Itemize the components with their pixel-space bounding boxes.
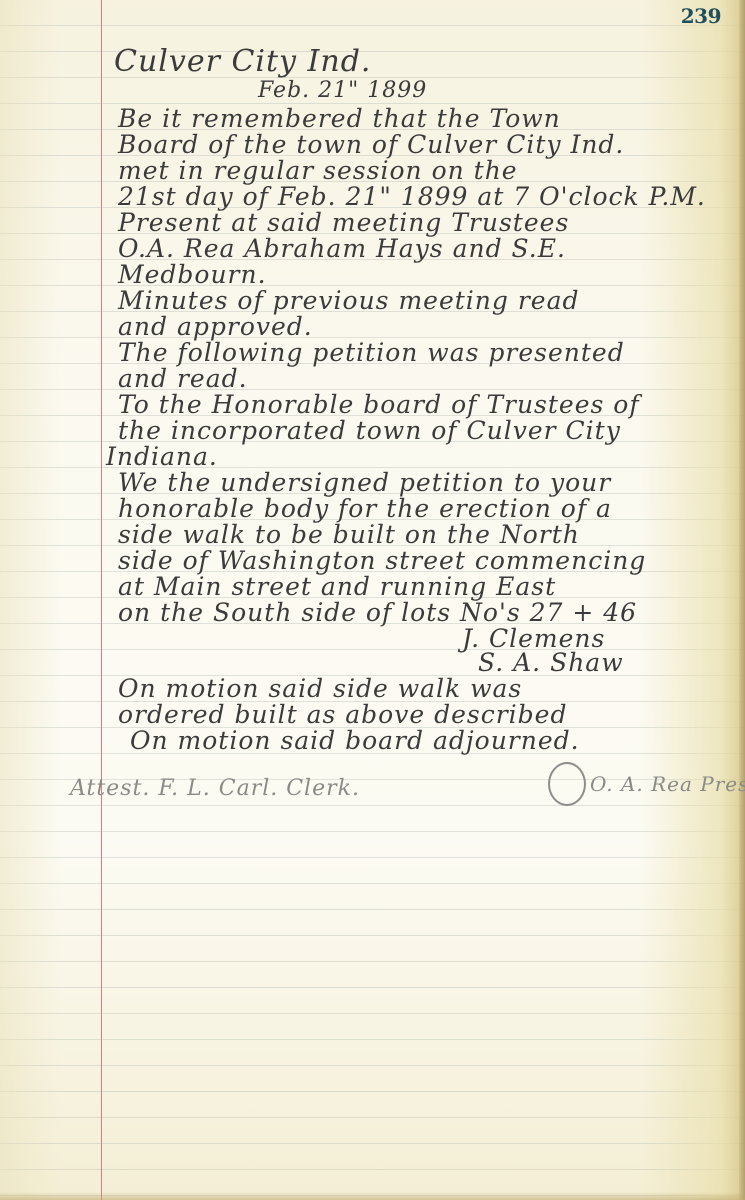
president-signature: O. A. Rea Pres. [590, 772, 745, 796]
attest-signature: Attest. F. L. Carl. Clerk. [70, 776, 360, 801]
entry-date: Feb. 21" 1899 [258, 78, 427, 103]
ledger-page: 239 Culver City Ind. Feb. 21" 1899 Be it… [0, 0, 745, 1200]
body-line: 21st day of Feb. 21" 1899 at 7 O'clock P… [118, 182, 706, 211]
closing-line: On motion said board adjourned. [130, 726, 580, 755]
page-edge-right [739, 0, 745, 1200]
body-line: side walk to be built on the North [118, 520, 580, 549]
body-line: side of Washington street commencing [118, 546, 646, 575]
body-line: at Main street and running East [118, 572, 556, 601]
body-line: To the Honorable board of Trustees of [118, 390, 640, 419]
body-line: Medbourn. [118, 260, 267, 289]
body-line: and read. [118, 364, 248, 393]
margin-rule [101, 0, 102, 1200]
closing-line: ordered built as above described [118, 700, 567, 729]
page-number: 239 [681, 4, 721, 28]
body-line: Be it remembered that the Town [118, 104, 561, 133]
petitioner-signature: S. A. Shaw [478, 648, 624, 677]
body-line: The following petition was presented [118, 338, 625, 367]
body-line: Present at said meeting Trustees [118, 208, 569, 237]
body-line: We the undersigned petition to your [118, 468, 611, 497]
body-line: O.A. Rea Abraham Hays and S.E. [118, 234, 566, 263]
body-line: and approved. [118, 312, 313, 341]
body-line: Board of the town of Culver City Ind. [118, 130, 624, 159]
body-line: Indiana. [106, 442, 218, 471]
body-line: honorable body for the erection of a [118, 494, 612, 523]
body-line: the incorporated town of Culver City [118, 416, 621, 445]
signature-flourish [548, 762, 586, 806]
body-line: Minutes of previous meeting read [118, 286, 580, 315]
closing-line: On motion said side walk was [118, 674, 522, 703]
body-line: on the South side of lots No's 27 + 46 [118, 598, 637, 627]
entry-heading: Culver City Ind. [114, 44, 371, 79]
page-edge-bottom [0, 1192, 745, 1200]
body-line: met in regular session on the [118, 156, 518, 185]
